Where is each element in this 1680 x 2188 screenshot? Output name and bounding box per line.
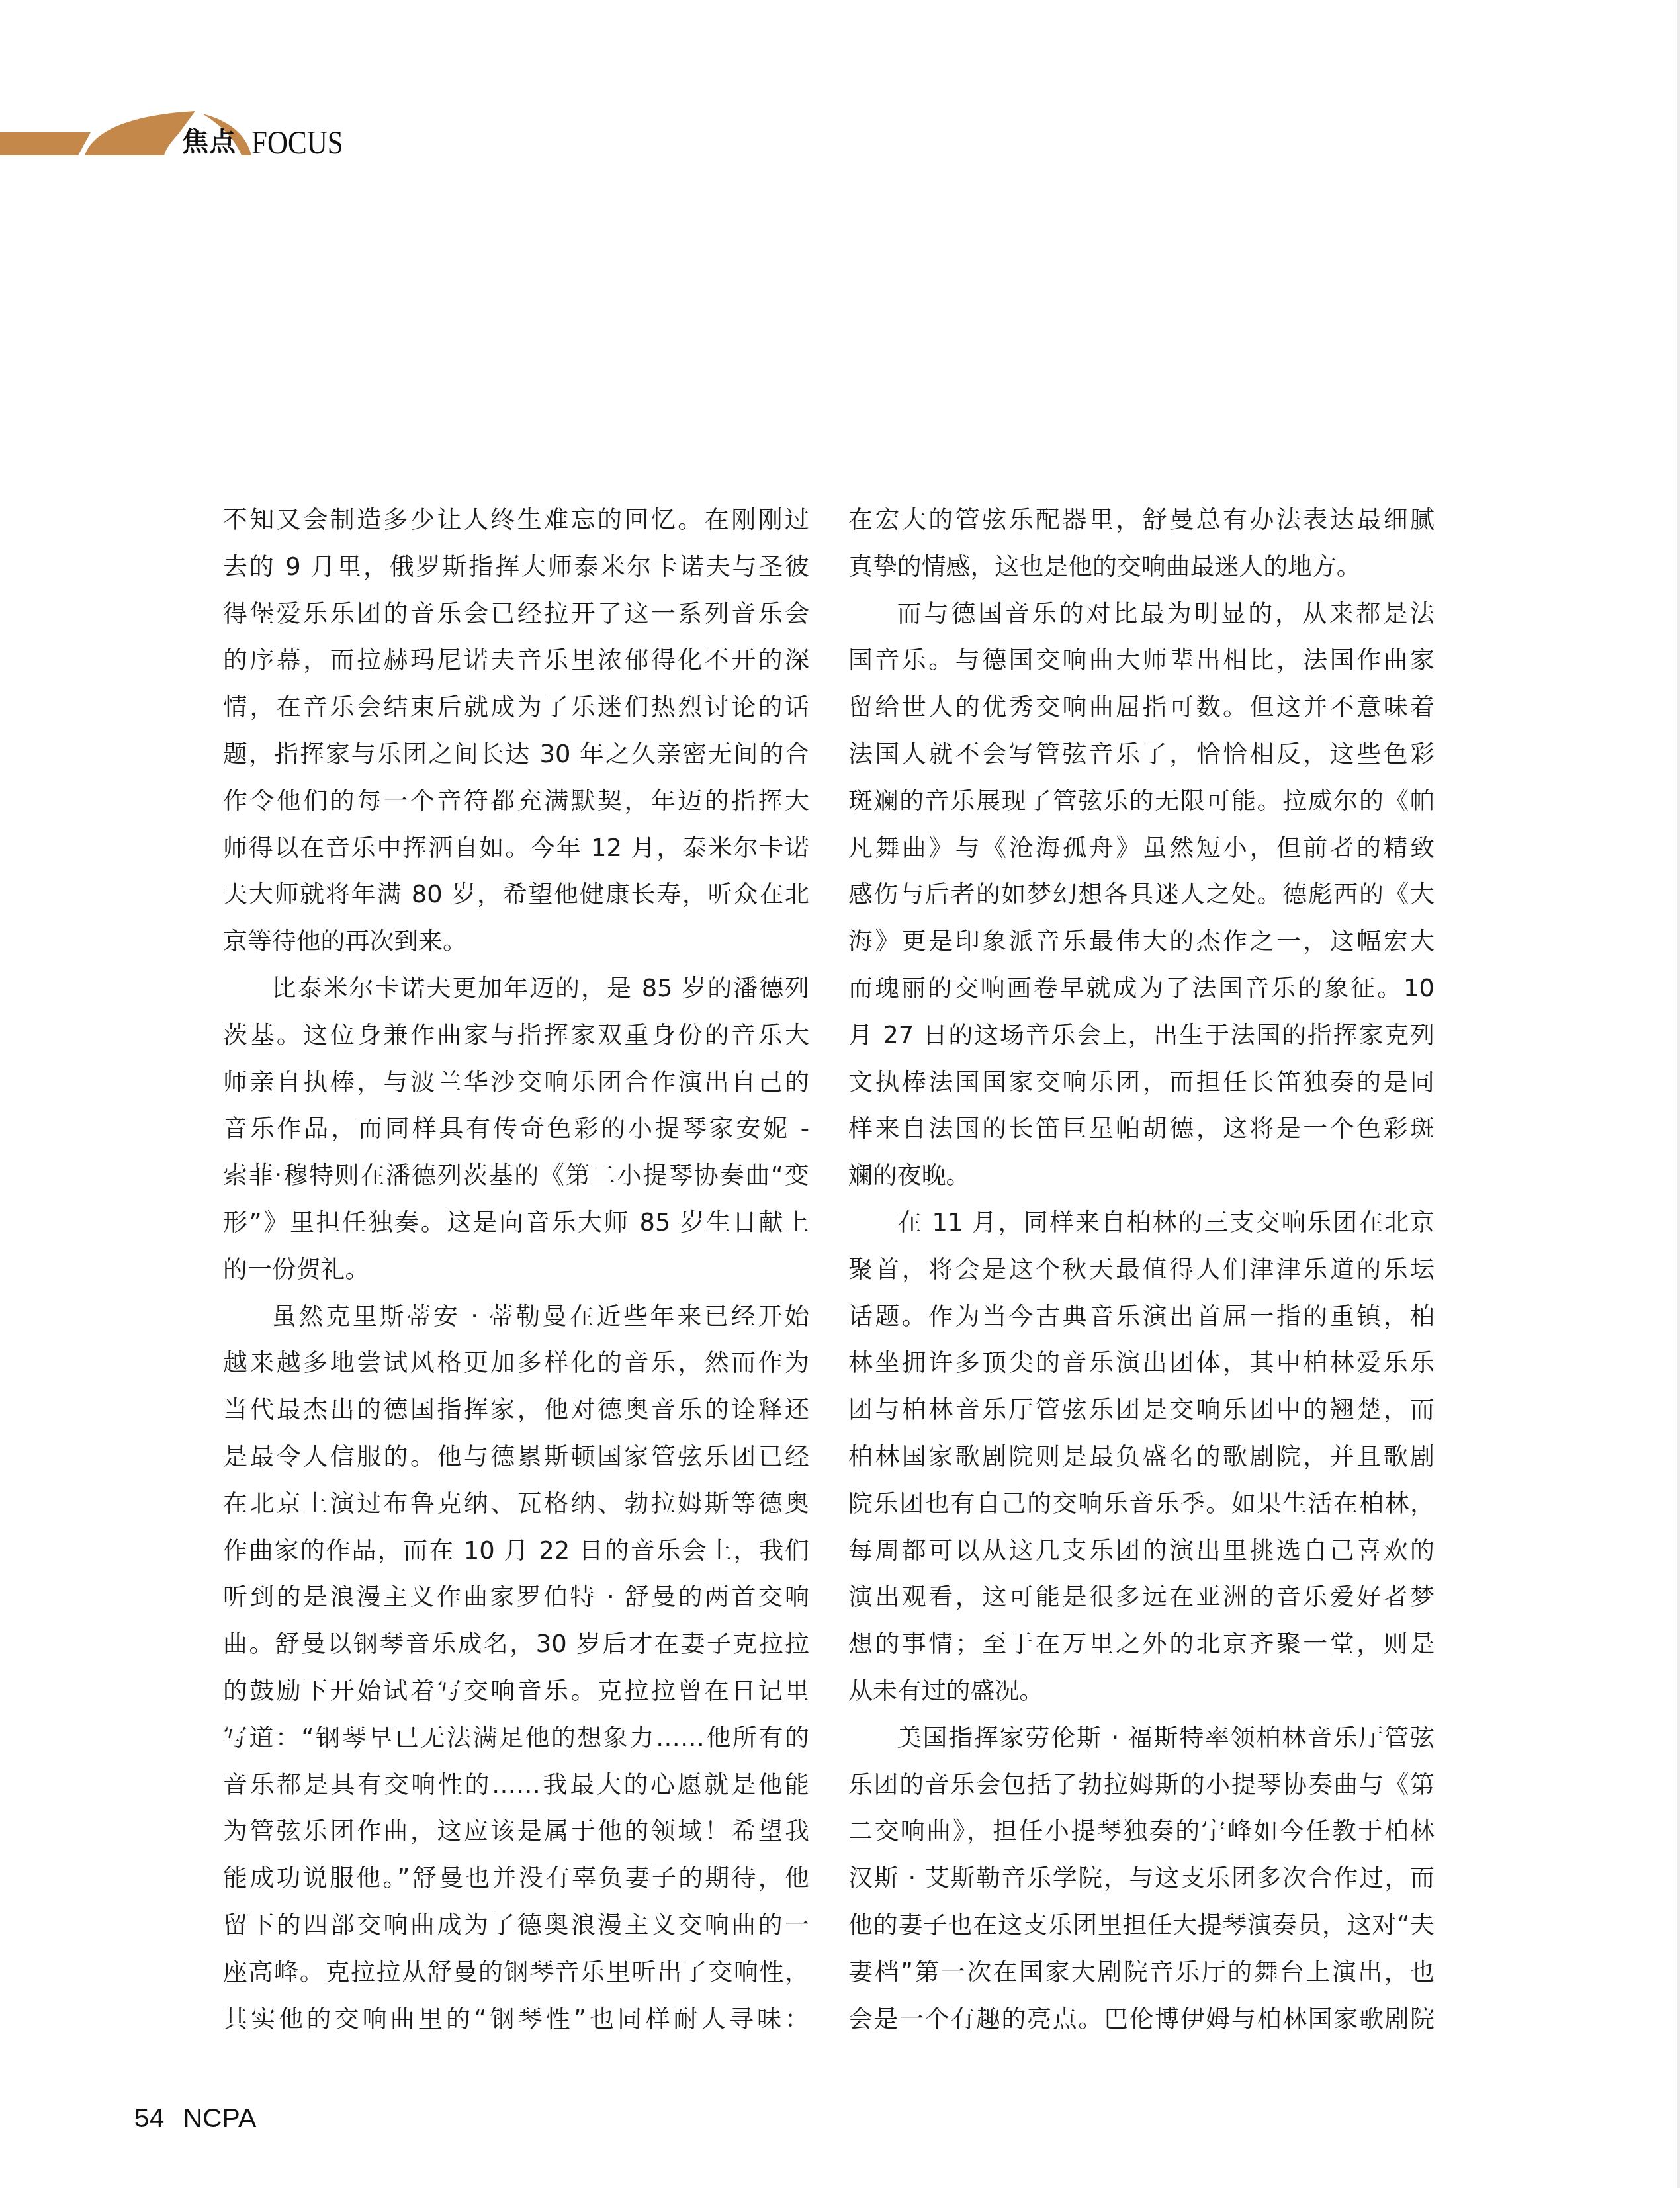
text-line: 凡舞曲》与《沧海孤舟》虽然短小，但前者的精致 xyxy=(848,825,1435,872)
text-line: 音乐都是具有交响性的……我最大的心愿就是他能 xyxy=(223,1762,809,1809)
text-line: 写道：“钢琴早已无法满足他的想象力……他所有的 xyxy=(223,1715,809,1762)
text-line: 作曲家的作品，而在 10 月 22 日的音乐会上，我们 xyxy=(223,1528,809,1575)
text-line: 聚首，将会是这个秋天最值得人们津津乐道的乐坛 xyxy=(848,1247,1435,1293)
text-line: 汉斯 · 艾斯勒音乐学院，与这支乐团多次合作过，而 xyxy=(848,1855,1435,1902)
text-line: 越来越多地尝试风格更加多样化的音乐，然而作为 xyxy=(223,1340,809,1387)
text-line: 能成功说服他。”舒曼也并没有辜负妻子的期待，他 xyxy=(223,1855,809,1902)
text-line: 在北京上演过布鲁克纳、瓦格纳、勃拉姆斯等德奥 xyxy=(223,1481,809,1528)
section-title-chinese: 焦点 xyxy=(182,127,236,157)
text-line: 真挚的情感，这也是他的交响曲最迷人的地方。 xyxy=(848,544,1435,591)
text-line: 院乐团也有自己的交响乐音乐季。如果生活在柏林， xyxy=(848,1481,1435,1528)
text-line: 感伤与后者的如梦幻想各具迷人之处。德彪西的《大 xyxy=(848,871,1435,918)
text-line: 而瑰丽的交响画卷早就成为了法国音乐的象征。10 xyxy=(848,965,1435,1012)
text-line: 斓的夜晚。 xyxy=(848,1153,1435,1200)
text-line: 当代最杰出的德国指挥家，他对德奥音乐的诠释还 xyxy=(223,1387,809,1434)
text-line: 的序幕，而拉赫玛尼诺夫音乐里浓郁得化不开的深 xyxy=(223,637,809,684)
publication-name: NCPA xyxy=(183,2103,256,2132)
text-line: 林坐拥许多顶尖的音乐演出团体，其中柏林爱乐乐 xyxy=(848,1340,1435,1387)
text-line: 柏林国家歌剧院则是最负盛名的歌剧院，并且歌剧 xyxy=(848,1434,1435,1481)
text-line: 留下的四部交响曲成为了德奥浪漫主义交响曲的一 xyxy=(223,1902,809,1949)
text-line: 听到的是浪漫主义作曲家罗伯特 · 舒曼的两首交响 xyxy=(223,1574,809,1621)
text-line: 的鼓励下开始试着写交响音乐。克拉拉曾在日记里 xyxy=(223,1668,809,1715)
text-line: 索菲·穆特则在潘德列茨基的《第二小提琴协奏曲“变 xyxy=(223,1153,809,1200)
text-line: 作令他们的每一个音符都充满默契，年迈的指挥大 xyxy=(223,778,809,825)
text-line: 曲。舒曼以钢琴音乐成名，30 岁后才在妻子克拉拉 xyxy=(223,1621,809,1668)
text-line: 国音乐。与德国交响曲大师辈出相比，法国作曲家 xyxy=(848,637,1435,684)
text-line: 法国人就不会写管弦音乐了，恰恰相反，这些色彩 xyxy=(848,731,1435,778)
text-line: 不知又会制造多少让人终生难忘的回忆。在刚刚过 xyxy=(223,497,809,544)
text-line: 海》更是印象派音乐最伟大的杰作之一，这幅宏大 xyxy=(848,918,1435,965)
text-line: 音乐作品，而同样具有传奇色彩的小提琴家安妮 - xyxy=(223,1106,809,1153)
text-line: 情，在音乐会结束后就成为了乐迷们热烈讨论的话 xyxy=(223,684,809,731)
text-line: 而与德国音乐的对比最为明显的，从来都是法 xyxy=(848,591,1435,638)
section-arc-graphic xyxy=(0,106,476,165)
text-line: 乐团的音乐会包括了勃拉姆斯的小提琴协奏曲与《第 xyxy=(848,1762,1435,1809)
text-line: 京等待他的再次到来。 xyxy=(223,918,809,965)
text-line: 座高峰。克拉拉从舒曼的钢琴音乐里听出了交响性， xyxy=(223,1949,809,1996)
header-dome-shape xyxy=(85,111,195,155)
text-line: 题，指挥家与乐团之间长达 30 年之久亲密无间的合 xyxy=(223,731,809,778)
text-line: 想的事情；至于在万里之外的北京齐聚一堂，则是 xyxy=(848,1621,1435,1668)
page-edge-shadow xyxy=(1677,0,1680,2188)
text-line: 美国指挥家劳伦斯 · 福斯特率领柏林音乐厅管弦 xyxy=(848,1715,1435,1762)
text-line: 去的 9 月里，俄罗斯指挥大师泰米尔卡诺夫与圣彼 xyxy=(223,544,809,591)
text-line: 虽然克里斯蒂安 · 蒂勒曼在近些年来已经开始 xyxy=(223,1293,809,1340)
article-column-right: 在宏大的管弦乐配器里，舒曼总有办法表达最细腻真挚的情感，这也是他的交响曲最迷人的… xyxy=(848,497,1435,2042)
text-line: 师亲自执棒，与波兰华沙交响乐团合作演出自己的 xyxy=(223,1059,809,1106)
text-line: 的一份贺礼。 xyxy=(223,1247,809,1293)
text-line: 月 27 日的这场音乐会上，出生于法国的指挥家克列 xyxy=(848,1012,1435,1059)
page-footer: 54NCPA xyxy=(119,2074,256,2132)
text-line: 每周都可以从这几支乐团的演出里挑选自己喜欢的 xyxy=(848,1528,1435,1575)
text-line: 二交响曲》，担任小提琴独奏的宁峰如今任教于柏林 xyxy=(848,1808,1435,1855)
section-header-banner xyxy=(0,106,476,165)
text-line: 其实他的交响曲里的“钢琴性”也同样耐人寻味： xyxy=(223,1996,809,2043)
text-line: 妻档”第一次在国家大剧院音乐厅的舞台上演出，也 xyxy=(848,1949,1435,1996)
text-line: 他的妻子也在这支乐团里担任大提琴演奏员，这对“夫 xyxy=(848,1902,1435,1949)
text-line: 从未有过的盛况。 xyxy=(848,1668,1435,1715)
text-line: 文执棒法国国家交响乐团，而担任长笛独奏的是同 xyxy=(848,1059,1435,1106)
text-line: 话题。作为当今古典音乐演出首屈一指的重镇，柏 xyxy=(848,1293,1435,1340)
text-line: 比泰米尔卡诺夫更加年迈的，是 85 岁的潘德列 xyxy=(223,965,809,1012)
text-line: 为管弦乐团作曲，这应该是属于他的领域！希望我 xyxy=(223,1808,809,1855)
header-bar-shape xyxy=(0,132,91,155)
text-line: 茨基。这位身兼作曲家与指挥家双重身份的音乐大 xyxy=(223,1012,809,1059)
text-line: 斑斓的音乐展现了管弦乐的无限可能。拉威尔的《帕 xyxy=(848,778,1435,825)
text-line: 形”》里担任独奏。这是向音乐大师 85 岁生日献上 xyxy=(223,1200,809,1247)
text-line: 演出观看，这可能是很多远在亚洲的音乐爱好者梦 xyxy=(848,1574,1435,1621)
text-line: 是最令人信服的。他与德累斯顿国家管弦乐团已经 xyxy=(223,1434,809,1481)
text-line: 得堡爱乐乐团的音乐会已经拉开了这一系列音乐会 xyxy=(223,591,809,638)
text-line: 留给世人的优秀交响曲屈指可数。但这并不意味着 xyxy=(848,684,1435,731)
text-line: 样来自法国的长笛巨星帕胡德，这将是一个色彩斑 xyxy=(848,1106,1435,1153)
text-line: 在 11 月，同样来自柏林的三支交响乐团在北京 xyxy=(848,1200,1435,1247)
text-line: 团与柏林音乐厅管弦乐团是交响乐团中的翘楚，而 xyxy=(848,1387,1435,1434)
section-title-english: FOCUS xyxy=(251,126,343,159)
page-number: 54 xyxy=(134,2103,165,2132)
text-line: 夫大师就将年满 80 岁，希望他健康长寿，听众在北 xyxy=(223,871,809,918)
text-line: 师得以在音乐中挥洒自如。今年 12 月，泰米尔卡诺 xyxy=(223,825,809,872)
text-line: 会是一个有趣的亮点。巴伦博伊姆与柏林国家歌剧院 xyxy=(848,1996,1435,2043)
article-column-left: 不知又会制造多少让人终生难忘的回忆。在刚刚过去的 9 月里，俄罗斯指挥大师泰米尔… xyxy=(223,497,809,2042)
text-line: 在宏大的管弦乐配器里，舒曼总有办法表达最细腻 xyxy=(848,497,1435,544)
